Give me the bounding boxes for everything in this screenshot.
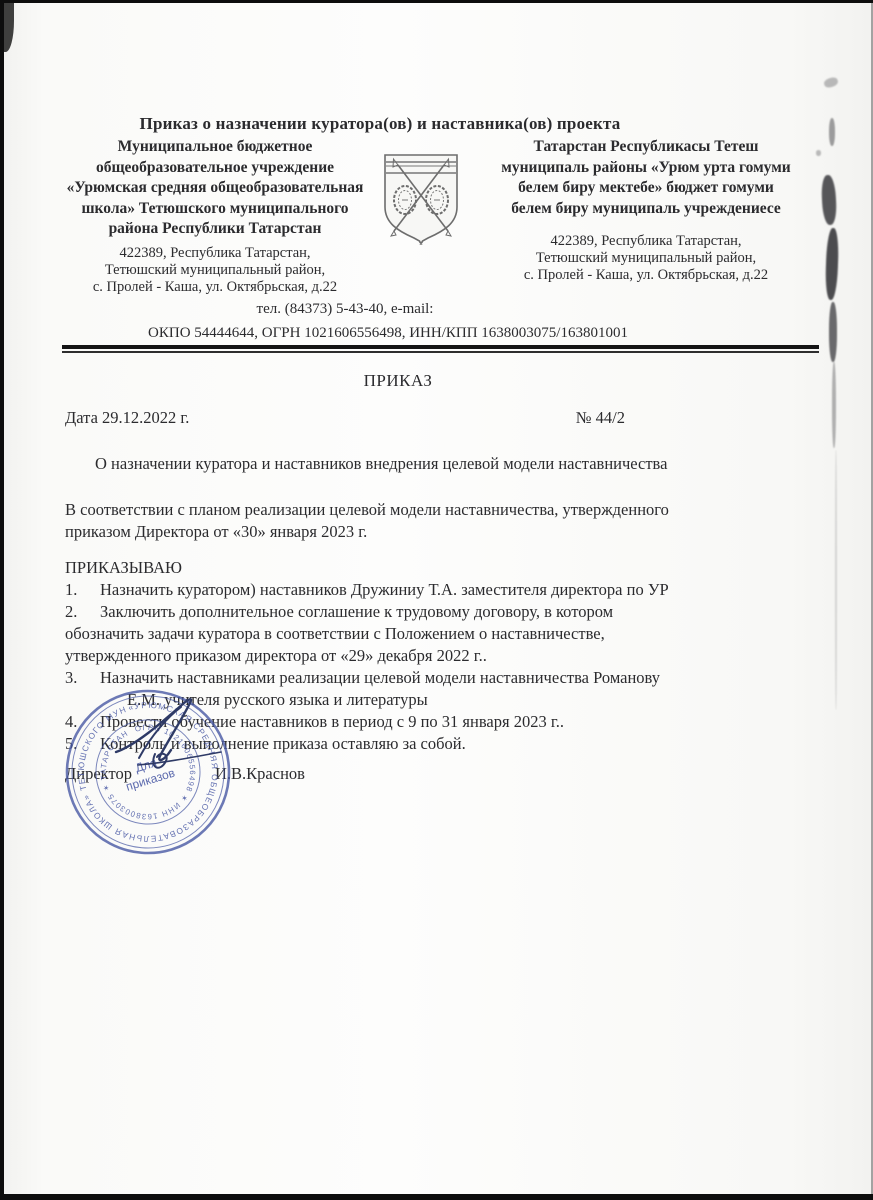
org-right-name-line: Татарстан Республикасы Тетеш [477,137,815,158]
emblem-column [365,137,477,296]
scanned-document: Приказ о назначении куратора(ов) и наста… [0,0,873,1200]
item-text-continuation: утвержденного приказом директора от «29»… [65,645,815,667]
order-number: № 44/2 [576,408,625,428]
org-left-name-line: Муниципальное бюджетное [65,137,365,158]
org-right-name: Татарстан Республикасы Тетеш муниципаль … [477,137,815,219]
handwritten-signature-icon [108,692,228,784]
org-left-address: 422389, Республика Татарстан, Тетюшский … [65,245,365,297]
scan-edge-bottom [0,1194,873,1200]
org-left-block: Муниципальное бюджетное общеобразователь… [65,137,365,296]
item-number: 2. [65,601,100,623]
org-right-address: 422389, Республика Татарстан, Тетюшский … [477,233,815,285]
org-left-address-line: 422389, Республика Татарстан, [65,245,365,262]
date-row: Дата 29.12.2022 г. № 44/2 [65,408,815,428]
contact-line: тел. (84373) 5-43-40, e-mail: [65,301,625,318]
item-text-continuation: Е.М. учителя русского языка и литературы [127,689,815,711]
item-text-continuation: обозначить задачи куратора в соответстви… [65,623,815,645]
order-item-1: 1. Назначить куратором) наставников Друж… [65,579,815,601]
org-left-name-line: школа» Тетюшского муниципального [65,199,365,220]
org-right-name-line: белем биру мектебе» бюджет гомуми [477,178,815,199]
coat-of-arms-icon [381,151,461,247]
page-title: Приказ о назначении куратора(ов) и наста… [65,114,695,134]
org-right-block: Татарстан Республикасы Тетеш муниципаль … [477,137,815,296]
org-left-name: Муниципальное бюджетное общеобразователь… [65,137,365,240]
order-date: Дата 29.12.2022 г. [65,408,189,428]
org-left-address-line: Тетюшский муниципальный район, [65,262,365,279]
item-number: 1. [65,579,100,601]
scan-smudge [829,302,837,362]
item-text: Заключить дополнительное соглашение к тр… [100,601,613,623]
letterhead: Муниципальное бюджетное общеобразователь… [65,137,815,296]
preamble-line: В соответствии с планом реализации целев… [65,499,815,521]
org-right-address-line: 422389, Республика Татарстан, [477,233,815,250]
document-content: Приказ о назначении куратора(ов) и наста… [0,0,873,1200]
org-left-name-line: района Республики Татарстан [65,219,365,240]
order-preamble: В соответствии с планом реализации целев… [65,499,815,543]
org-right-name-line: муниципаль районы «Урюм урта гомуми [477,158,815,179]
org-left-name-line: «Урюмская средняя общеобразовательная [65,178,365,199]
item-number: 3. [65,667,100,689]
org-right-address-line: с. Пролей - Каша, ул. Октябрьская, д.22 [477,267,815,284]
preamble-line: приказом Директора от «30» января 2023 г… [65,521,815,543]
scan-smudge [829,118,835,146]
requisites-line: ОКПО 54444644, ОГРН 1021606556498, ИНН/К… [65,325,711,342]
org-left-name-line: общеобразовательное учреждение [65,158,365,179]
order-item-2: 2. Заключить дополнительное соглашение к… [65,601,815,623]
org-left-address-line: с. Пролей - Каша, ул. Октябрьская, д.22 [65,279,365,296]
item-text: Назначить куратором) наставников Дружини… [100,579,669,601]
org-right-address-line: Тетюшский муниципальный район, [477,250,815,267]
order-heading: ПРИКАЗ [65,371,731,391]
resolve-word: ПРИКАЗЫВАЮ [65,557,815,579]
header-divider [62,345,819,353]
order-subject: О назначении куратора и наставников внед… [65,454,815,474]
scan-smudge [835,450,837,710]
scan-edge-top [0,0,873,3]
scan-smudge [816,150,821,156]
scan-smudge [832,362,836,448]
scan-edge-left [0,0,4,1200]
org-right-name-line: белем биру муниципаль учреждениесе [477,199,815,220]
